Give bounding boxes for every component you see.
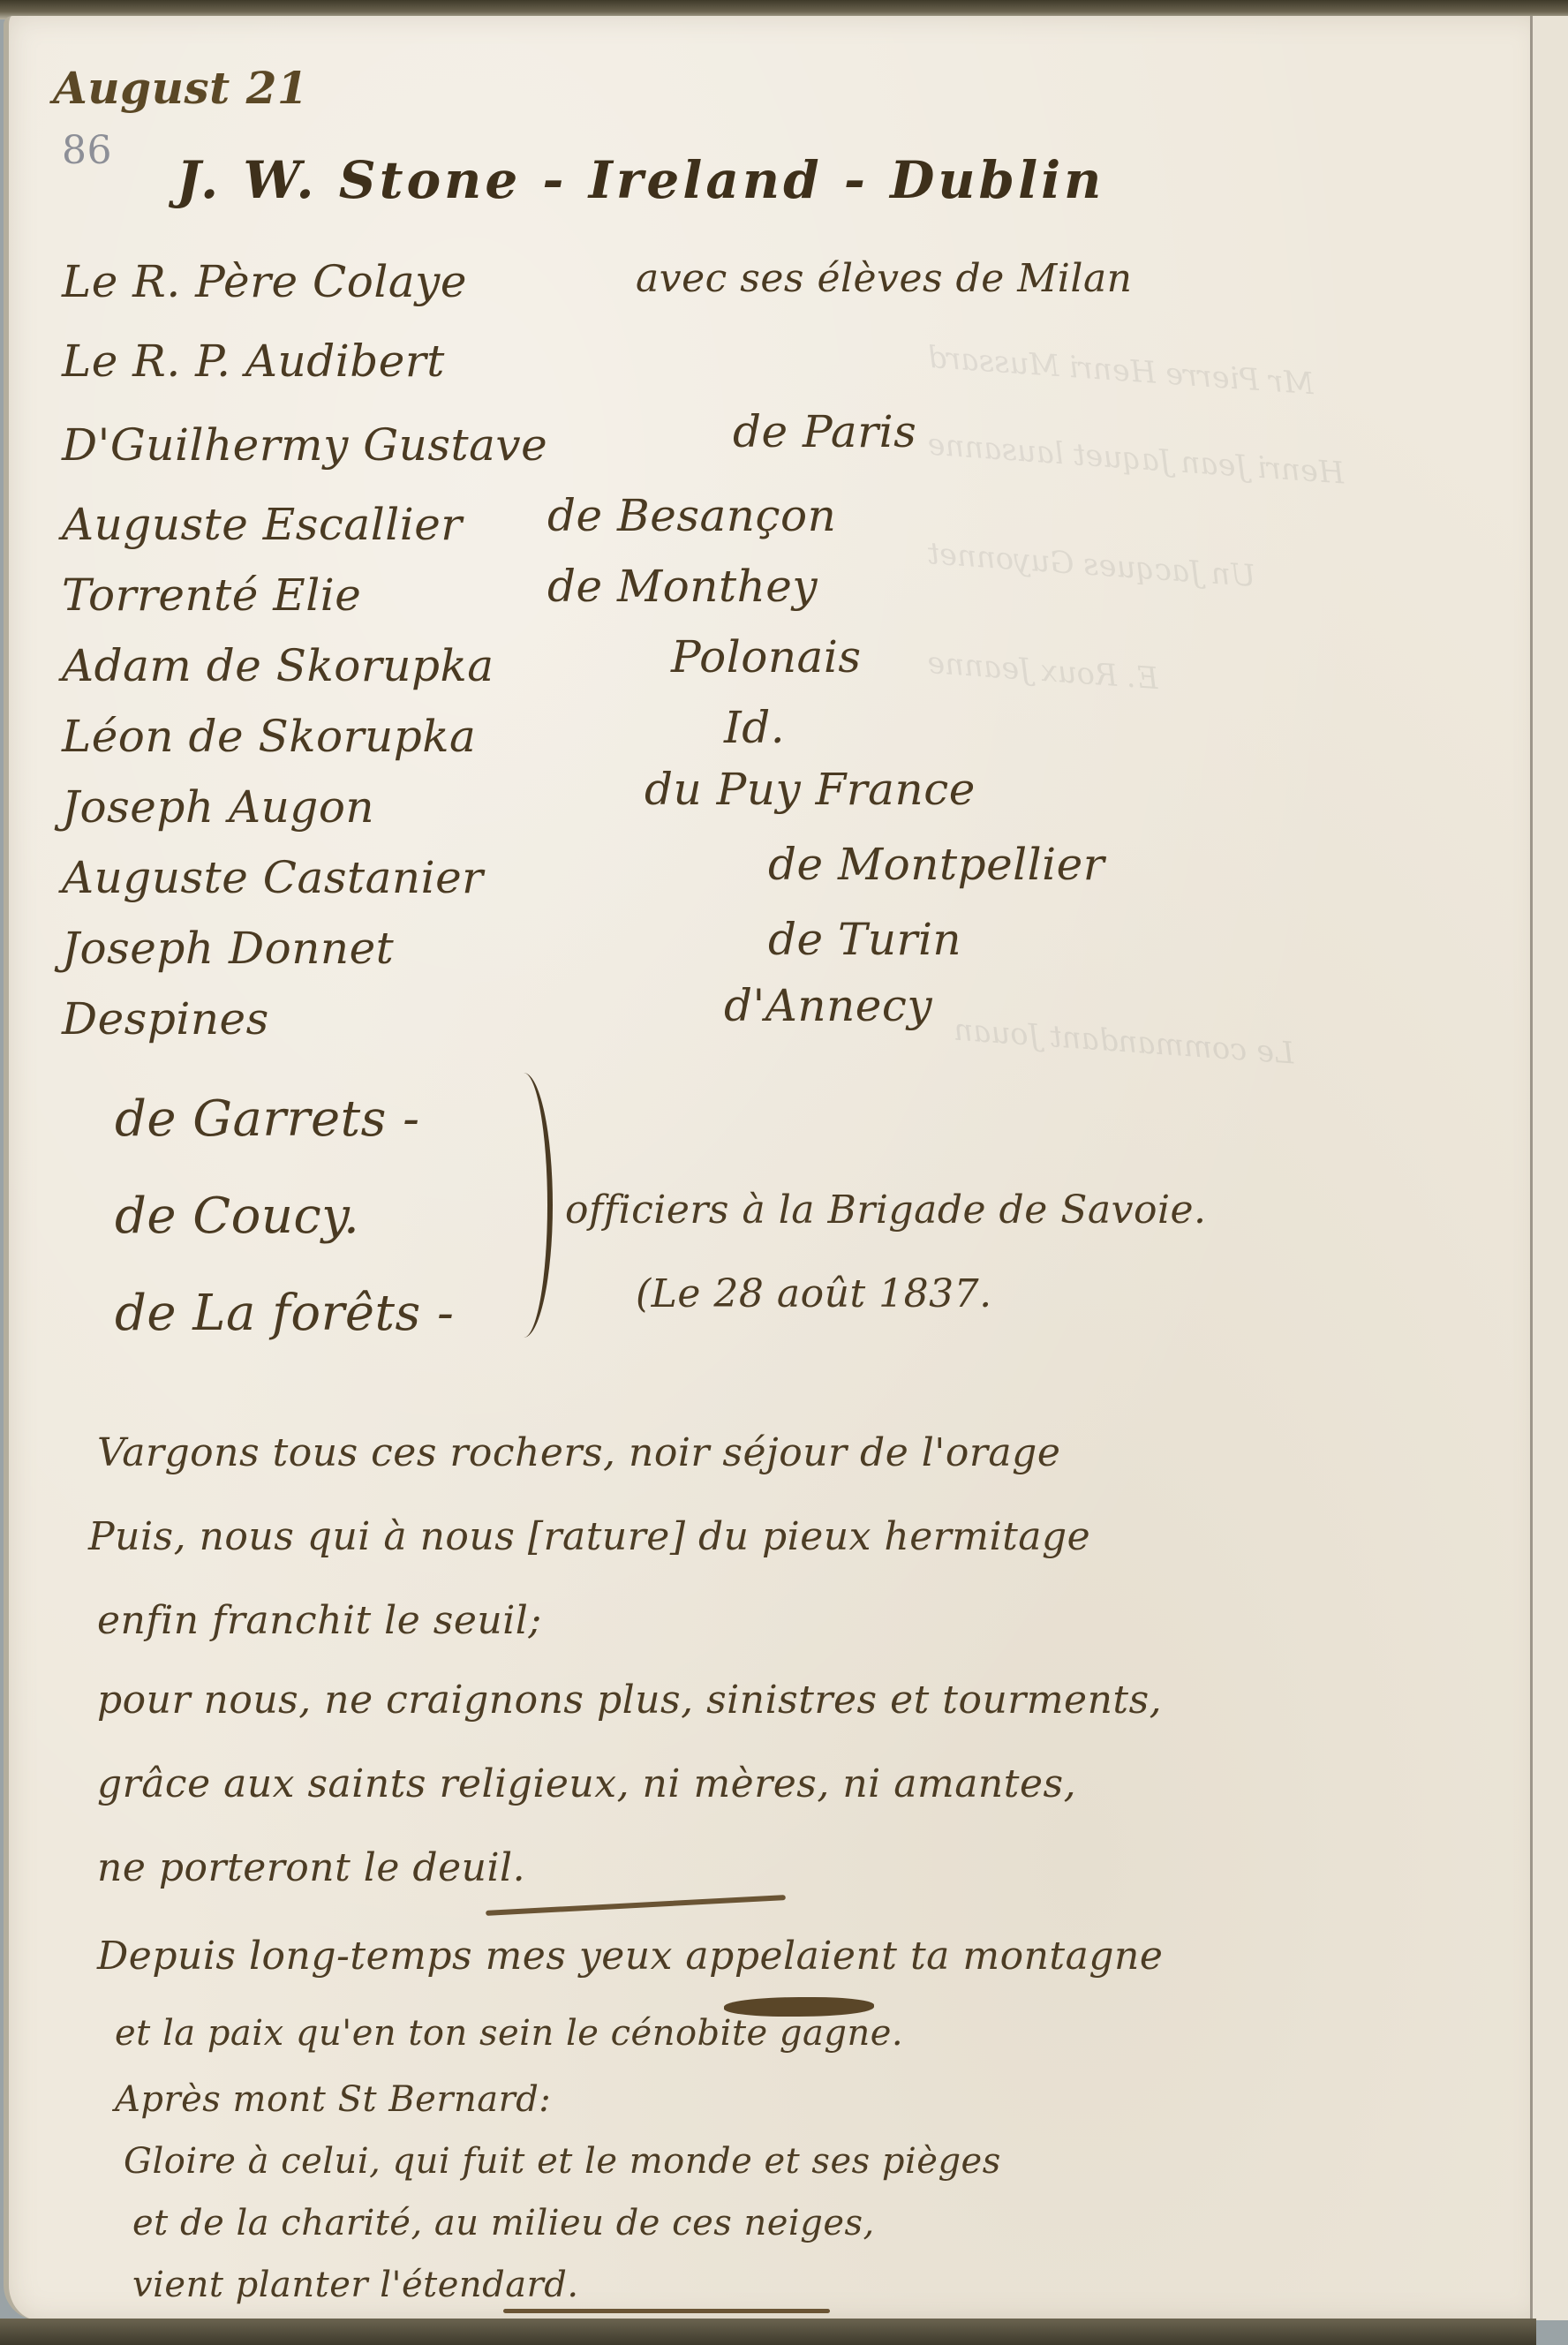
entry-name: Torrenté Elie: [62, 569, 361, 621]
officers-date: (Le 28 août 1837.: [636, 1271, 992, 1316]
entry-name: Le R. P. Audibert: [62, 336, 445, 387]
entry-origin: Id.: [724, 702, 785, 753]
next-page-edge: [1530, 16, 1568, 2320]
flourish-underline: [503, 2309, 830, 2313]
entry-origin: Polonais: [671, 631, 861, 682]
poem-line: Vargons tous ces rochers, noir séjour de…: [97, 1430, 1060, 1475]
officers-note: officiers à la Brigade de Savoie.: [565, 1188, 1207, 1233]
poem-line: Après mont St Bernard:: [115, 2079, 551, 2120]
officer-name: de La forêts -: [115, 1285, 454, 1342]
poem-line: enfin franchit le seuil;: [97, 1598, 542, 1643]
officer-name: de Garrets -: [115, 1090, 420, 1148]
book-bottom-edge: [0, 2319, 1536, 2345]
poem-line: et de la charité, au milieu de ces neige…: [132, 2203, 875, 2243]
entry-origin: du Puy France: [645, 764, 976, 815]
poem-line: pour nous, ne craignons plus, sinistres …: [97, 1678, 1162, 1723]
entry-name: Le R. Père Colaye: [62, 256, 467, 307]
entry-origin: de Turin: [768, 914, 961, 965]
date-header: August 21: [53, 62, 308, 114]
entry-origin: de Monthey: [547, 561, 818, 612]
entry-name: Despines: [62, 993, 269, 1044]
entry-name: Auguste Escallier: [62, 499, 463, 550]
officer-name: de Coucy.: [115, 1188, 359, 1245]
page-number: 86: [62, 128, 112, 173]
poem-line: Gloire à celui, qui fuit et le monde et …: [124, 2141, 1001, 2182]
entry-name: Adam de Skorupka: [62, 640, 494, 691]
poem-line: Depuis long-temps mes yeux appelaient ta…: [97, 1934, 1163, 1979]
entry-origin: de Paris: [733, 406, 916, 457]
poem-line: vient planter l'étendard.: [132, 2265, 579, 2305]
entry-origin: avec ses élèves de Milan: [636, 256, 1133, 301]
entry-name: Joseph Augon: [62, 781, 374, 833]
grouping-brace: [494, 1073, 553, 1338]
poem-line: grâce aux saints religieux, ni mères, ni…: [97, 1761, 1076, 1806]
entry-name: Joseph Donnet: [62, 923, 394, 974]
poem-line: ne porteront le deuil.: [97, 1845, 525, 1890]
entry-origin: de Montpellier: [768, 839, 1104, 890]
entry-origin: de Besançon: [547, 490, 836, 541]
entry-origin: d'Annecy: [724, 980, 932, 1031]
entry-name: D'Guilhermy Gustave: [62, 419, 547, 471]
entry-name: Auguste Castanier: [62, 852, 484, 903]
poem-line: Puis, nous qui à nous [rature] du pieux …: [88, 1514, 1090, 1559]
visitor-heading: J. W. Stone - Ireland - Dublin: [177, 150, 1104, 210]
entry-name: Léon de Skorupka: [62, 711, 476, 762]
poem-line: et la paix qu'en ton sein le cénobite ga…: [115, 2013, 903, 2054]
